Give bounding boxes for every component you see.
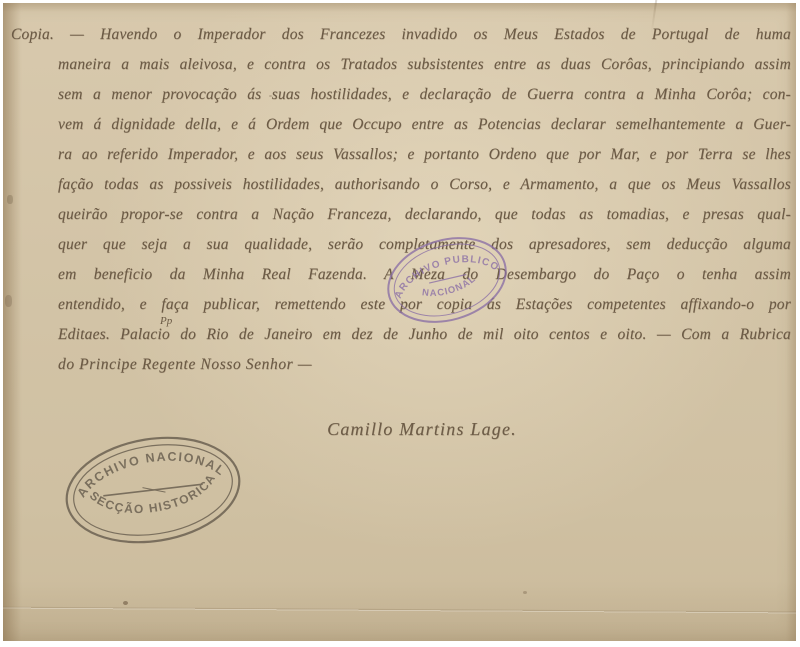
manuscript-line: fação todas as possiveis hostilidades, a… <box>58 176 791 206</box>
paper-speck <box>5 295 12 307</box>
manuscript-line: maneira a mais aleivosa, e contra os Tra… <box>58 56 791 86</box>
interlinear-insertion-mark: Pp <box>160 315 172 327</box>
paper-speck <box>269 95 272 97</box>
stamp-bottom-text: NACIONAL <box>419 272 480 304</box>
paper-edge-shadow-left <box>3 3 21 641</box>
manuscript-line: vem á dignidade della, e á Ordem que Occ… <box>58 116 791 146</box>
paper-speck <box>123 601 128 605</box>
manuscript-line: ra ao referido Imperador, e aos seus Vas… <box>58 146 791 176</box>
document-scan: Copia. — Havendo o Imperador dos Francez… <box>0 0 800 647</box>
paper-edge-shadow-top <box>3 3 796 12</box>
paper-sheet: Copia. — Havendo o Imperador dos Francez… <box>3 3 796 641</box>
manuscript-line: sem a menor provocação ás suas hostilida… <box>58 86 791 116</box>
manuscript-line: queirão propor-se contra a Nação Francez… <box>58 206 791 236</box>
manuscript-line: do Principe Regente Nosso Senhor — <box>58 356 791 386</box>
paper-speck <box>7 195 13 204</box>
manuscript-line: Copia. — Havendo o Imperador dos Francez… <box>11 26 791 56</box>
paper-speck <box>523 591 527 594</box>
svg-text:NACIONAL: NACIONAL <box>419 272 480 304</box>
